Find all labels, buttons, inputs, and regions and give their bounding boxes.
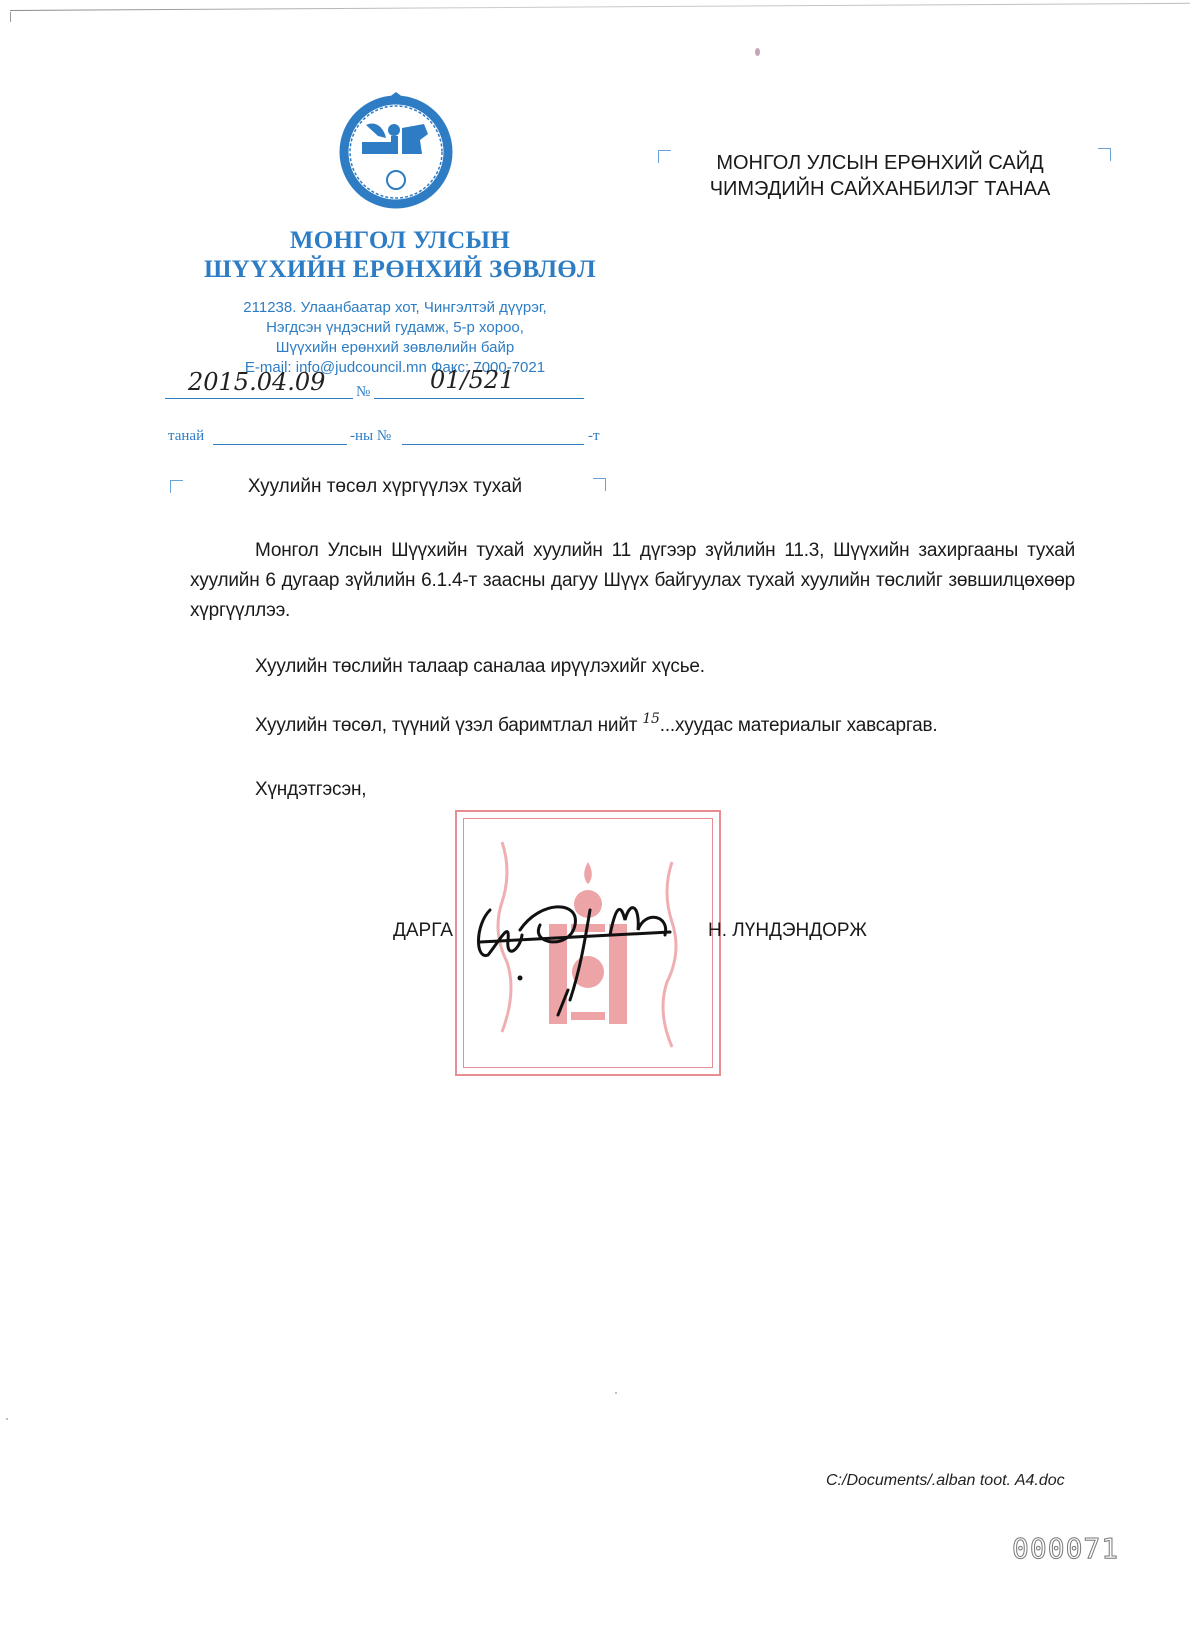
paragraph-3-end: хуудас материалыг хавсаргав. bbox=[675, 715, 938, 736]
file-path: C:/Documents/.alban toot. A4.doc bbox=[826, 1472, 1065, 1490]
scan-edge-line bbox=[10, 3, 1190, 11]
addressee-line-2: ЧИМЭДИЙН САЙХАНБИЛЭГ ТАНАА bbox=[680, 176, 1080, 202]
handwritten-date: 2015.04.09 bbox=[188, 368, 325, 396]
address-line-2: Нэгдсэн үндэсний гудамж, 5-р хороо, bbox=[160, 318, 630, 338]
organization-name: МОНГОЛ УЛСЫН ШҮҮХИЙН ЕРӨНХИЙ ЗӨВЛӨЛ bbox=[180, 226, 620, 284]
corner-mark-tl bbox=[170, 480, 183, 493]
ref-underline bbox=[402, 444, 584, 445]
your-underline bbox=[213, 444, 347, 445]
subject-line: Хуулийн төсөл хүргүүлэх тухай bbox=[185, 476, 585, 498]
scan-edge-mark bbox=[10, 12, 11, 22]
your-label: танай bbox=[168, 428, 204, 445]
corner-mark-tr bbox=[593, 478, 606, 491]
org-address: 211238. Улаанбаатар хот, Чингэлтэй дүүрэ… bbox=[160, 298, 630, 378]
handwritten-signature bbox=[470, 880, 700, 1040]
body-paragraph-2: Хуулийн төслийн талаар саналаа ирүүлэхий… bbox=[255, 652, 1075, 682]
scan-dot bbox=[615, 1392, 617, 1394]
paragraph-3-dots: ... bbox=[660, 715, 675, 736]
handwritten-number: 01/521 bbox=[430, 366, 514, 394]
org-line-2: ШҮҮХИЙН ЕРӨНХИЙ ЗӨВЛӨЛ bbox=[180, 255, 620, 284]
suffix-label: -т bbox=[588, 428, 600, 445]
scan-speck bbox=[755, 48, 760, 56]
scan-dot bbox=[6, 1418, 8, 1420]
body-paragraph-3: Хуулийн төсөл, түүний үзэл баримтлал ний… bbox=[255, 704, 1075, 741]
ref-label: -ны № bbox=[350, 428, 391, 445]
addressee-line-1: МОНГОЛ УЛСЫН ЕРӨНХИЙ САЙД bbox=[680, 150, 1080, 176]
closing-salutation: Хүндэтгэсэн, bbox=[255, 775, 1075, 805]
corner-mark-tl bbox=[658, 150, 671, 163]
date-underline bbox=[165, 398, 353, 399]
body-paragraph-1: Монгол Улсын Шүүхийн тухай хуулийн 11 дү… bbox=[190, 536, 1075, 626]
state-emblem-icon bbox=[336, 90, 456, 215]
addressee-block: МОНГОЛ УЛСЫН ЕРӨНХИЙ САЙД ЧИМЭДИЙН САЙХА… bbox=[680, 150, 1080, 202]
signer-title: ДАРГА bbox=[393, 920, 453, 942]
address-line-3: Шүүхийн ерөнхий зөвлөлийн байр bbox=[160, 338, 630, 358]
page-number-stamp: 000071 bbox=[1012, 1532, 1119, 1565]
corner-mark-tr bbox=[1098, 148, 1111, 161]
handwritten-page-count: 15 bbox=[642, 711, 659, 727]
org-line-1: МОНГОЛ УЛСЫН bbox=[180, 226, 620, 255]
signer-name: Н. ЛҮНДЭНДОРЖ bbox=[708, 920, 867, 942]
paragraph-3-start: Хуулийн төсөл, түүний үзэл баримтлал ний… bbox=[255, 715, 642, 736]
address-line-1: 211238. Улаанбаатар хот, Чингэлтэй дүүрэ… bbox=[160, 298, 630, 318]
number-underline bbox=[374, 398, 584, 399]
number-label: № bbox=[356, 384, 370, 401]
